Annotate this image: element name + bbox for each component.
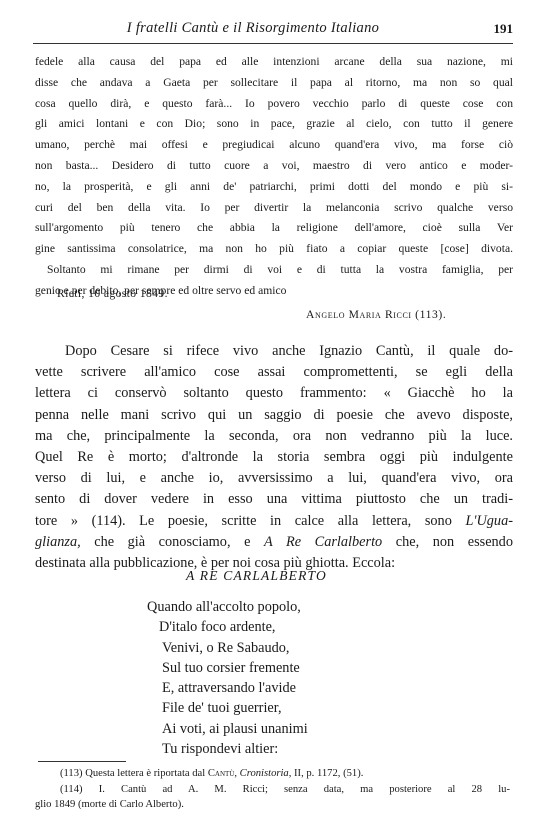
poem-verse: Tu rispondevi altier: — [147, 739, 308, 759]
header-rule — [33, 43, 513, 44]
quoted-letter: fedele alla causa del papa ed alle inten… — [35, 52, 513, 302]
poem-verse: Venivi, o Re Sabaudo, — [147, 638, 308, 658]
body-text: che, non essendo — [382, 534, 513, 550]
letter-line: non basta... Desidero di tutto cuore a v… — [35, 156, 513, 177]
footnote-114-cont: glio 1849 (morte di Carlo Alberto). — [35, 797, 510, 813]
letter-dateline: Rieti, 10 agosto 1849. — [57, 287, 168, 300]
letter-line: Soltanto mi rimane per dirmi di voi e di… — [35, 260, 513, 281]
footnote-text: , II, p. 1172, (51). — [289, 768, 364, 779]
running-title: I fratelli Cantù e il Risorgimento Itali… — [33, 20, 473, 37]
letter-line: umano, perchè mai offesi e pregiudicai a… — [35, 135, 513, 156]
letter-signature: Angelo Maria Ricci (113). — [306, 308, 446, 321]
poem: Quando all'accolto popolo, D'italo foco … — [147, 597, 308, 759]
letter-line: gine santissima consolatrice, ma non ho … — [35, 239, 513, 260]
letter-line: no, la prosperità, e gli anni de' patria… — [35, 177, 513, 198]
letter-line: disse che andava a Gaeta per sollecitare… — [35, 73, 513, 94]
body-line: penna nelle mani scrivo qui un saggio di… — [35, 405, 513, 426]
footnotes: (113) Questa lettera è riportata dal Can… — [35, 766, 510, 813]
body-text: che già conosciamo, e — [81, 534, 264, 550]
footnote-text: (113) Questa lettera è riportata dal — [60, 768, 208, 779]
letter-line: fedele alla causa del papa ed alle inten… — [35, 52, 513, 73]
footnote-rule — [38, 761, 126, 762]
body-paragraph: Dopo Cesare si rifece vivo anche Ignazio… — [35, 341, 513, 574]
footnote-author: Cantù — [208, 768, 235, 779]
title-reference: L'Ugua- — [465, 513, 513, 529]
body-line: sento di dover vedere in esso una vittim… — [35, 489, 513, 510]
poem-verse: Quando all'accolto popolo, — [147, 597, 308, 617]
body-line: vette scrivere all'amico cose assai comp… — [35, 362, 513, 383]
poem-verse: E, attraversando l'avide — [147, 678, 308, 698]
title-reference: A Re Carlalberto — [264, 534, 382, 550]
letter-line: cosa quello dirà, e questo farà... Io po… — [35, 94, 513, 115]
body-line: glianza, che già conosciamo, e A Re Carl… — [35, 532, 513, 553]
page-number: 191 — [494, 21, 514, 37]
body-line: lettera ci conservò soltanto questo fram… — [35, 383, 513, 404]
letter-line: gli amici lontani e con Dio; sono in pac… — [35, 114, 513, 135]
footnote-114: (114) I. Cantù ad A. M. Ricci; senza dat… — [35, 782, 510, 798]
poem-title: A RE CARLALBERTO — [186, 568, 327, 584]
letter-line: sull'argomento più tenero che abbia la r… — [35, 218, 513, 239]
body-line: Quel Re è morto; d'altronde la storia se… — [35, 447, 513, 468]
body-line: tore » (114). Le poesie, scritte in calc… — [35, 511, 513, 532]
book-page: I fratelli Cantù e il Risorgimento Itali… — [0, 0, 550, 819]
poem-verse: Ai voti, ai plausi unanimi — [147, 719, 308, 739]
body-text: tore » (114). Le poesie, scritte in calc… — [35, 513, 465, 529]
poem-verse: D'italo foco ardente, — [147, 617, 308, 637]
title-reference: glianza, — [35, 534, 81, 550]
poem-verse: Sul tuo corsier fremente — [147, 658, 308, 678]
body-line: verso di lui, e anche io, avversissimo a… — [35, 468, 513, 489]
letter-line: curi del ben della vita. Io per divertir… — [35, 198, 513, 219]
body-line: Dopo Cesare si rifece vivo anche Ignazio… — [35, 341, 513, 362]
footnote-113: (113) Questa lettera è riportata dal Can… — [35, 766, 510, 782]
footnote-work: Cronistoria — [240, 768, 289, 779]
running-head: I fratelli Cantù e il Risorgimento Itali… — [33, 20, 513, 40]
body-line: ma che, principalmente la seconda, ora n… — [35, 426, 513, 447]
poem-verse: File de' tuoi guerrier, — [147, 698, 308, 718]
